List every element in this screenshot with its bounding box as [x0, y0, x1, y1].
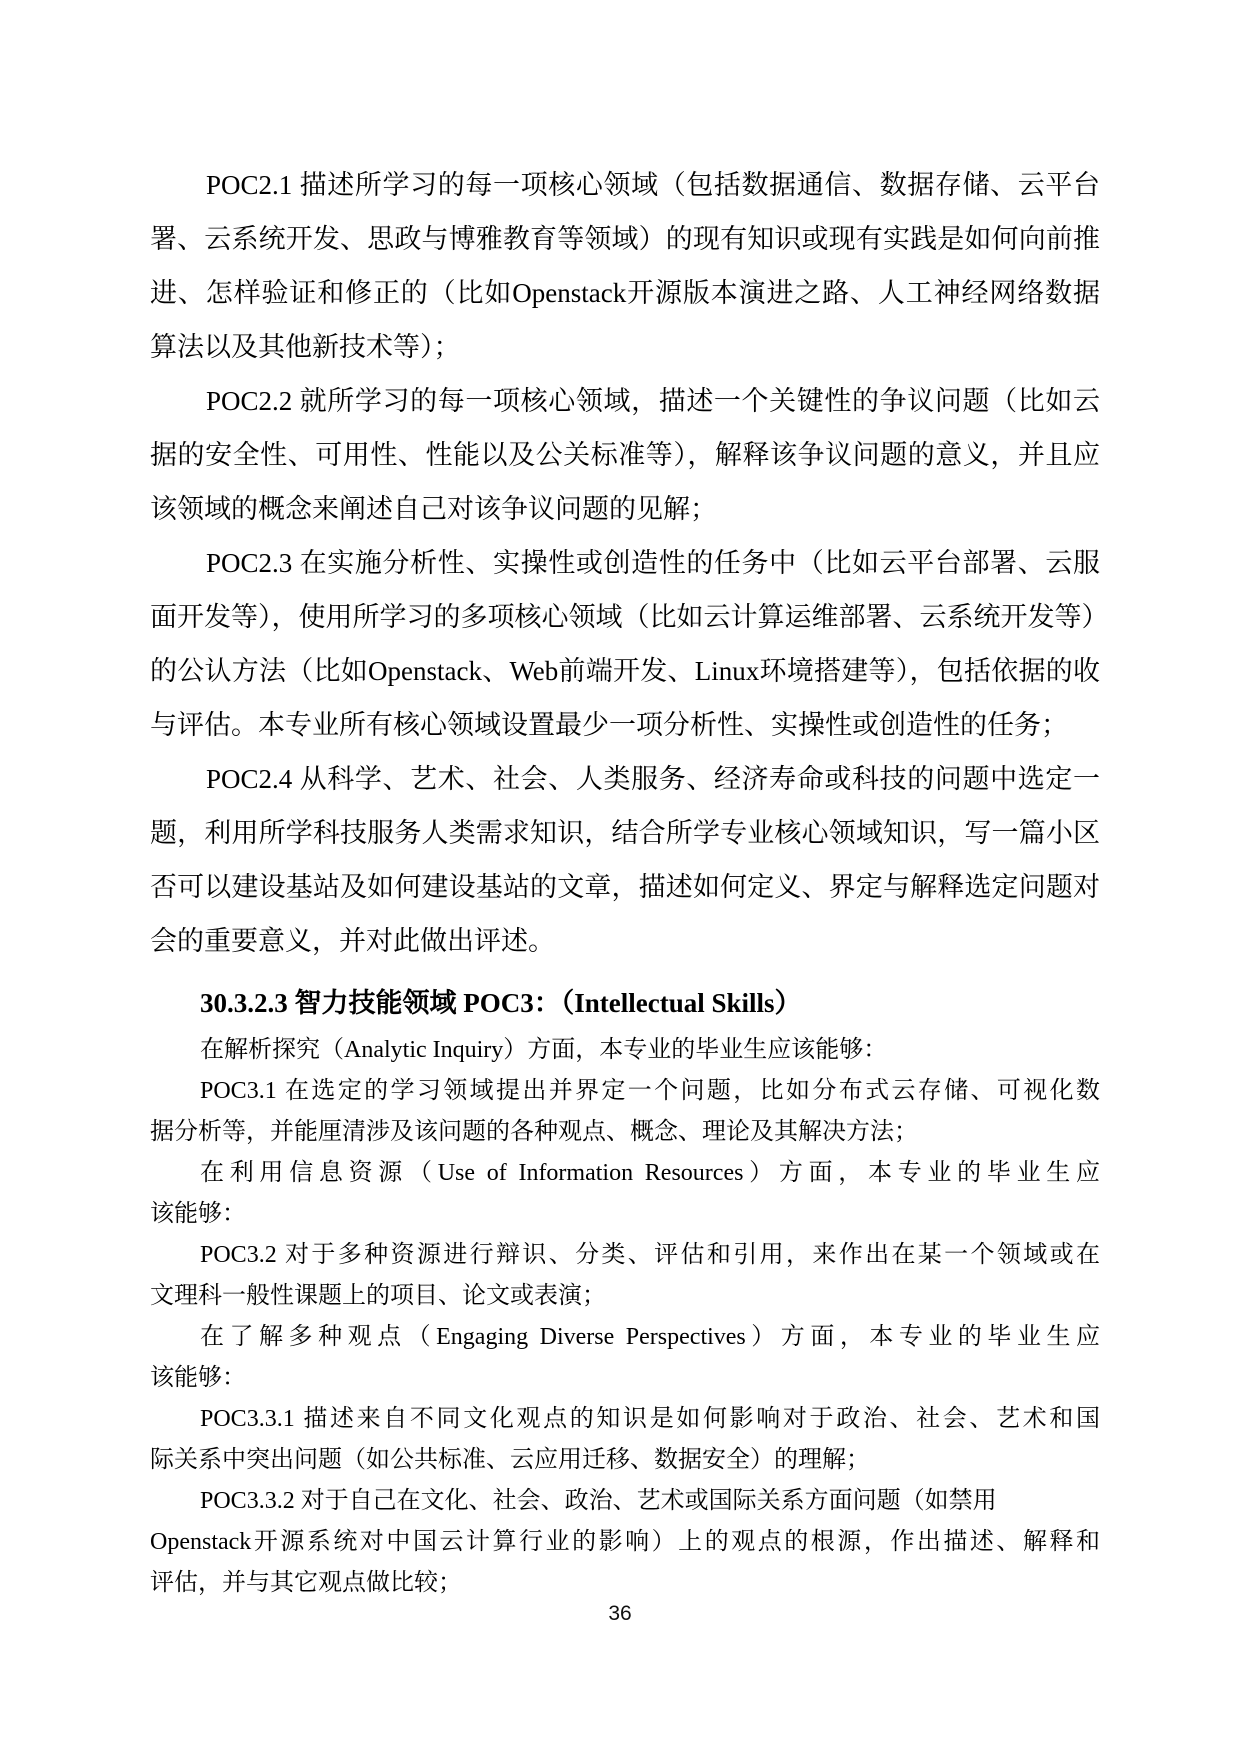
- document-page: POC2.1 描述所学习的每一项核心领域（包括数据通信、数据存储、云平台部署、云…: [0, 0, 1240, 1754]
- text-line: 在了解多种观点（Engaging Diverse Perspectives）方面…: [150, 1317, 1100, 1358]
- text-line: POC3.1 在选定的学习领域提出并界定一个问题，比如分布式云存储、可视化数: [150, 1071, 1100, 1112]
- text-line: 否可以建设基站及如何建设基站的文章，描述如何定义、界定与解释选定问题对社: [150, 860, 1100, 914]
- text-line: POC2.1 描述所学习的每一项核心领域（包括数据通信、数据存储、云平台部: [150, 158, 1100, 212]
- text-line: POC2.4 从科学、艺术、社会、人类服务、经济寿命或科技的问题中选定一个问: [150, 752, 1100, 806]
- text-line: 该领域的概念来阐述自己对该争议问题的见解；: [150, 482, 1100, 536]
- text-line: 题，利用所学科技服务人类需求知识，结合所学专业核心领域知识，写一篇小区是: [150, 806, 1100, 860]
- text-line: 据的安全性、可用性、性能以及公关标准等），解释该争议问题的意义，并且应用: [150, 428, 1100, 482]
- text-line: 的公认方法（比如Openstack、Web前端开发、Linux环境搭建等），包括…: [150, 644, 1100, 698]
- section-poc2-knowledge: POC2.1 描述所学习的每一项核心领域（包括数据通信、数据存储、云平台部署、云…: [150, 158, 1100, 968]
- text-line: 文理科一般性课题上的项目、论文或表演；: [150, 1276, 1100, 1317]
- section-poc3-intellectual-skills: 在解析探究（Analytic Inquiry）方面，本专业的毕业生应该能够：PO…: [150, 1030, 1100, 1604]
- text-line: 署、云系统开发、思政与博雅教育等领域）的现有知识或现有实践是如何向前推: [150, 212, 1100, 266]
- text-line: 会的重要意义，并对此做出评述。: [150, 914, 1100, 968]
- text-line: POC3.3.2 对于自己在文化、社会、政治、艺术或国际关系方面问题（如禁用: [150, 1481, 1100, 1522]
- page-number: 36: [0, 1598, 1240, 1630]
- text-line: 据分析等，并能厘清涉及该问题的各种观点、概念、理论及其解决方法；: [150, 1112, 1100, 1153]
- text-line: 在利用信息资源（Use of Information Resources）方面，…: [150, 1153, 1100, 1194]
- text-line: 面开发等），使用所学习的多项核心领域（比如云计算运维部署、云系统开发等）: [150, 590, 1100, 644]
- text-line: 该能够：: [150, 1358, 1100, 1399]
- text-line: 该能够：: [150, 1194, 1100, 1235]
- text-line: 进、怎样验证和修正的（比如Openstack开源版本演进之路、人工神经网络数据挖…: [150, 266, 1100, 320]
- text-line: POC2.2 就所学习的每一项核心领域，描述一个关键性的争议问题（比如云端数: [150, 374, 1100, 428]
- document-body: POC2.1 描述所学习的每一项核心领域（包括数据通信、数据存储、云平台部署、云…: [150, 158, 1100, 1604]
- text-line: 际关系中突出问题（如公共标准、云应用迁移、数据安全）的理解；: [150, 1440, 1100, 1481]
- text-line: 与评估。本专业所有核心领域设置最少一项分析性、实操性或创造性的任务；: [150, 698, 1100, 752]
- text-line: Openstack开源系统对中国云计算行业的影响）上的观点的根源，作出描述、解释…: [150, 1522, 1100, 1563]
- text-line: POC2.3 在实施分析性、实操性或创造性的任务中（比如云平台部署、云服务桌: [150, 536, 1100, 590]
- text-line: 算法以及其他新技术等）；: [150, 320, 1100, 374]
- text-line: POC3.2 对于多种资源进行辩识、分类、评估和引用，来作出在某一个领域或在: [150, 1235, 1100, 1276]
- text-line: POC3.3.1 描述来自不同文化观点的知识是如何影响对于政治、社会、艺术和国: [150, 1399, 1100, 1440]
- text-line: 在解析探究（Analytic Inquiry）方面，本专业的毕业生应该能够：: [150, 1030, 1100, 1071]
- section-heading-poc3: 30.3.2.3 智力技能领域 POC3：（Intellectual Skill…: [150, 976, 1100, 1030]
